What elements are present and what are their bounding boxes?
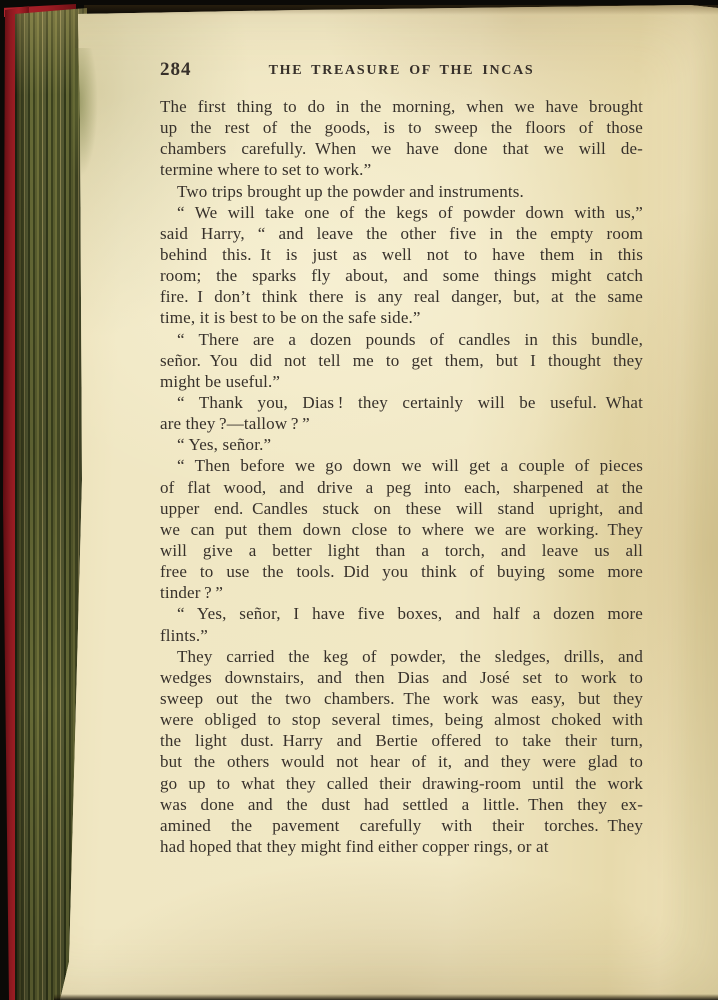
text-line: amined the pavement carefully with their… (160, 815, 643, 836)
text-line: room; the sparks fly about, and some thi… (160, 265, 643, 286)
text-line: but the others would not hear of it, and… (160, 751, 643, 772)
text-line: “ Then before we go down we will get a c… (160, 455, 643, 476)
text-line: up the rest of the goods, is to sweep th… (160, 117, 643, 138)
text-line: said Harry, “ and leave the other five i… (160, 223, 643, 244)
page-bottom-shadow (54, 994, 718, 1000)
text-line: upper end. Candles stuck on these will s… (160, 498, 643, 519)
text-line: “ There are a dozen pounds of candles in… (160, 329, 643, 350)
text-line: “ Yes, señor, I have five boxes, and hal… (160, 603, 643, 624)
text-line: They carried the keg of powder, the sled… (160, 646, 643, 667)
text-line: fire. I don’t think there is any real da… (160, 286, 643, 307)
page-header: 284 THE TREASURE OF THE INCAS (160, 58, 643, 82)
text-line: of flat wood, and drive a peg into each,… (160, 477, 643, 498)
text-line: we can put them down close to where we a… (160, 519, 643, 540)
page-top-shadow (84, 5, 718, 15)
running-title: THE TREASURE OF THE INCAS (160, 58, 643, 83)
text-line: tinder ? ” (160, 582, 643, 603)
text-line: the light dust. Harry and Bertie offered… (160, 730, 643, 751)
text-line: time, it is best to be on the safe side.… (160, 307, 643, 328)
text-line: “ Yes, señor.” (160, 434, 643, 455)
text-line: “ We will take one of the kegs of powder… (160, 202, 643, 223)
text-line: flints.” (160, 625, 643, 646)
text-line: might be useful.” (160, 371, 643, 392)
text-line: chambers carefully. When we have done th… (160, 138, 643, 159)
text-line: free to use the tools. Did you think of … (160, 561, 643, 582)
text-line: are they ?—tallow ? ” (160, 413, 643, 434)
text-line: termine where to set to work.” (160, 159, 643, 180)
book-photo: 284 THE TREASURE OF THE INCAS The first … (0, 0, 718, 1000)
text-line: Two trips brought up the powder and inst… (160, 181, 643, 202)
text-line: go up to what they called their drawing-… (160, 773, 643, 794)
text-line: señor. You did not tell me to get them, … (160, 350, 643, 371)
text-line: “ Thank you, Dias ! they certainly will … (160, 392, 643, 413)
text-line: The first thing to do in the morning, wh… (160, 96, 643, 117)
text-line: behind this. It is just as well not to h… (160, 244, 643, 265)
text-line: wedges downstairs, and then Dias and Jos… (160, 667, 643, 688)
text-line: was done and the dust had settled a litt… (160, 794, 643, 815)
text-line: were obliged to stop several times, bein… (160, 709, 643, 730)
text-line: had hoped that they might find either co… (160, 836, 643, 857)
text-line: sweep out the two chambers. The work was… (160, 688, 643, 709)
text-line: will give a better light than a torch, a… (160, 540, 643, 561)
page-text: The first thing to do in the morning, wh… (160, 96, 643, 857)
page-edge-stain (72, 48, 98, 178)
